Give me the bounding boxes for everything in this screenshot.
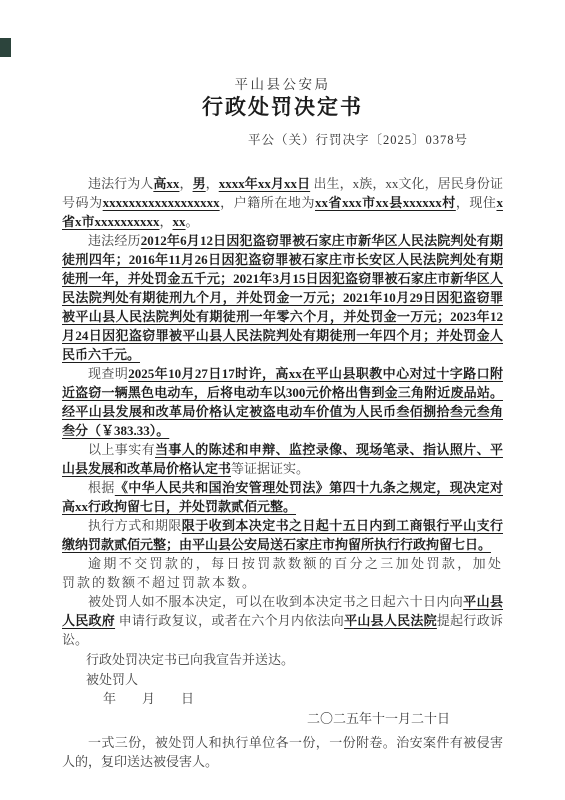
issuing-agency: 平山县公安局 [0, 73, 565, 93]
filled-text-run: xx省xxx市xx县xxxxxx村 [315, 195, 456, 210]
paragraph: 违法行为人高xx，男，xxxx年xx月xx日 出生，x族，xx文化，居民身份证号… [62, 174, 503, 231]
filled-text-run: 平山县人民法院 [344, 613, 437, 628]
paragraph: 被处罚人如不服本决定，可以在收到本决定书之日起六十日内向平山县人民政府 申请行政… [62, 592, 503, 649]
document-number: 平公（关）行罚决字〔2025〕0378号 [62, 130, 503, 148]
signature-date-blank: 年 月 日 [62, 689, 503, 709]
filled-text-run: xxxxxxxxxxxxxxxxxx [103, 195, 220, 210]
template-text-run: 执行方式和期限 [88, 518, 182, 533]
template-text-run: 根据 [88, 480, 115, 495]
template-text-run: 违法行为人 [88, 176, 153, 191]
penalty-decision-document: 平山县公安局 行政处罚决定书 平公（关）行罚决字〔2025〕0378号 违法行为… [0, 0, 565, 800]
document-title: 行政处罚决定书 [0, 91, 565, 121]
template-text-run: ， [179, 176, 192, 191]
paragraph: 现查明2025年10月27日17时许，高xx在平山县职教中心对过十字路口附近盗窃… [62, 364, 503, 440]
paragraph: 违法经历2012年6月12日因犯盗窃罪被石家庄市新华区人民法院判处有期徒刑四年；… [62, 231, 503, 364]
template-text-run: ，现住 [456, 195, 497, 210]
filled-text-run: 2012年6月12日因犯盗窃罪被石家庄市新华区人民法院判处有期徒刑四年；2016… [62, 233, 503, 362]
filled-text-run: 高xx [153, 176, 179, 191]
filled-text-run: 《中华人民共和国治安管理处罚法》第四十九条之规定，现决定对高xx行政拘留七日，并… [62, 480, 503, 514]
template-text-run: 等证据证实。 [231, 461, 309, 476]
template-text-run: ， [160, 214, 173, 229]
paragraph: 执行方式和期限限于收到本决定书之日起十五日内到工商银行平山支行缴纳罚款贰佰元整；… [62, 516, 503, 554]
template-text-run: 以上事实有 [88, 442, 155, 457]
penalized-person-label: 被处罚人 [62, 670, 503, 690]
filled-text-run: 2025年10月27日17时许，高xx在平山县职教中心对过十字路口附近盗窃一辆黑… [62, 366, 503, 438]
paragraph: 以上事实有当事人的陈述和申辩、监控录像、现场笔录、指认照片、平山县发展和改革局价… [62, 440, 503, 478]
scan-artifact-mark [0, 38, 11, 57]
document-body: 违法行为人高xx，男，xxxx年xx月xx日 出生，x族，xx文化，居民身份证号… [62, 174, 503, 649]
copies-distribution-note: 一式三份，被处罚人和执行单位各一份，一份附卷。治安案件有被侵害人的，复印送达被侵… [62, 733, 503, 771]
template-text-run: 现查明 [88, 366, 128, 381]
template-text-run: 逾期不交罚款的，每日按罚款数额的百分之三加处罚款，加处罚款的数额不超过罚款本数。 [62, 556, 503, 590]
filled-text-run: 男 [193, 176, 206, 191]
template-text-run: ，户籍所在地为 [220, 195, 315, 210]
template-text-run: 违法经历 [88, 233, 141, 248]
paragraph: 根据《中华人民共和国治安管理处罚法》第四十九条之规定，现决定对高xx行政拘留七日… [62, 478, 503, 516]
template-text-run: 。 [186, 214, 199, 229]
paragraph: 逾期不交罚款的，每日按罚款数额的百分之三加处罚款，加处罚款的数额不超过罚款本数。 [62, 554, 503, 592]
closing-block: 行政处罚决定书已向我宣告并送达。 被处罚人 年 月 日 二〇二五年十一月二十日 [62, 650, 503, 728]
template-text-run: ， [206, 176, 219, 191]
service-acknowledgement: 行政处罚决定书已向我宣告并送达。 [62, 650, 503, 670]
filled-text-run: xx [173, 214, 186, 229]
filled-text-run: xxxx年xx月xx日 [219, 176, 310, 191]
template-text-run: 申请行政复议，或者在六个月内依法向 [115, 613, 344, 628]
decision-date: 二〇二五年十一月二十日 [62, 709, 503, 729]
template-text-run: 被处罚人如不服本决定，可以在收到本决定书之日起六十日内向 [88, 594, 463, 609]
